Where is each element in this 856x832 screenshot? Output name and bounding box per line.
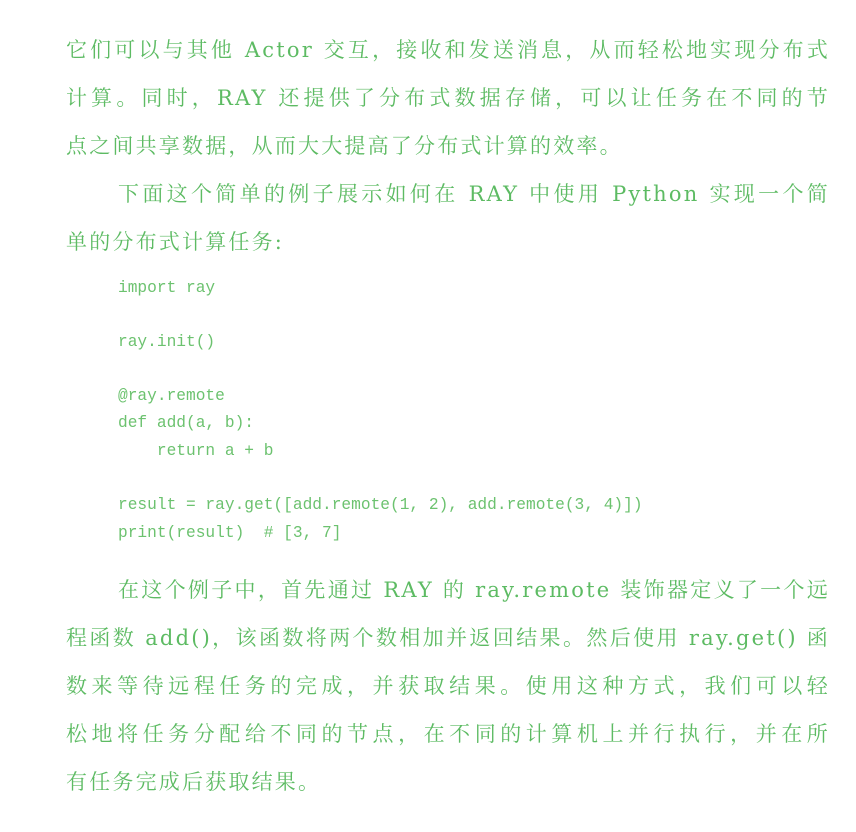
code-line: import ray [118,277,215,299]
text-line: 它们可以与其他 Actor 交互，接收和发送消息，从而轻松地实现分布式 [66,36,830,64]
code-line: print(result) # [3, 7] [118,522,341,544]
text-line: 点之间共享数据，从而大大提高了分布式计算的效率。 [66,132,830,160]
text-line: 计算。同时，RAY 还提供了分布式数据存储，可以让任务在不同的节 [66,84,830,112]
code-line: ray.init() [118,331,215,353]
code-line: result = ray.get([add.remote(1, 2), add.… [118,494,643,516]
text-line: 松地将任务分配给不同的节点，在不同的计算机上并行执行，并在所 [66,720,830,748]
text-line: 单的分布式计算任务: [66,228,830,256]
text-line: 数来等待远程任务的完成，并获取结果。使用这种方式，我们可以轻 [66,672,830,700]
text-line: 在这个例子中，首先通过 RAY 的 ray.remote 装饰器定义了一个远 [118,576,830,604]
code-line: return a + b [118,440,273,462]
document-page: 它们可以与其他 Actor 交互，接收和发送消息，从而轻松地实现分布式 计算。同… [0,0,856,832]
text-line: 程函数 add()，该函数将两个数相加并返回结果。然后使用 ray.get() … [66,624,830,652]
text-line: 有任务完成后获取结果。 [66,768,830,796]
text-line: 下面这个简单的例子展示如何在 RAY 中使用 Python 实现一个简 [118,180,830,208]
code-line: @ray.remote [118,385,225,407]
code-line: def add(a, b): [118,412,254,434]
